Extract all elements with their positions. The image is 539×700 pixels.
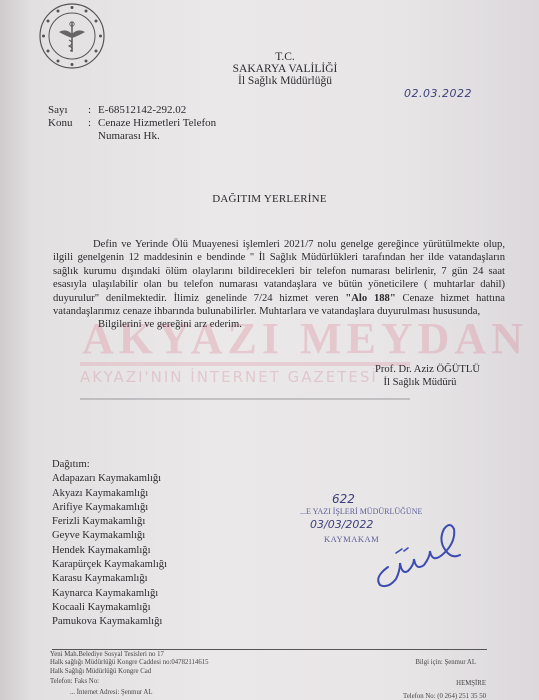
reference-value: E-68512142-292.02: [98, 104, 186, 116]
subject-row: Konu:Cenaze Hizmetleri Telefon: [48, 117, 216, 130]
list-item: Ferizli Kaymakamlığı: [52, 515, 167, 529]
ministry-of-health-seal-icon: [32, 2, 112, 70]
handwritten-date: 02.03.2022: [404, 87, 472, 100]
list-item: Karapürçek Kaymakamlığı: [52, 558, 167, 572]
distribution-list: Dağıtım: Adapazarı Kaymakamlığı Akyazı K…: [52, 458, 167, 630]
signature-block: Prof. Dr. Aziz ÖĞÜTLÜ İl Sağlık Müdürü: [340, 363, 480, 389]
stamp-number: 622: [332, 492, 355, 506]
letter-body: Defin ve Yerinde Ölü Muayenesi işlemleri…: [53, 238, 505, 318]
watermark-divider: [80, 398, 410, 400]
list-item: Adapazarı Kaymakamlığı: [52, 472, 167, 486]
address-line: Yeni Mah.Belediye Sosyal Tesisleri no 17: [50, 651, 209, 659]
footer-address: Yeni Mah.Belediye Sosyal Tesisleri no 17…: [50, 651, 209, 697]
reference-label: Sayı: [48, 104, 88, 117]
list-item: Akyazı Kaymakamlığı: [52, 487, 167, 501]
addressee-title: DAĞITIM YERLERİNE: [0, 193, 539, 205]
footer-divider: [52, 649, 487, 650]
signatory-title: İl Sağlık Müdürü: [340, 376, 480, 389]
list-item: Arifiye Kaymakamlığı: [52, 501, 167, 515]
body-paragraph: Defin ve Yerinde Ölü Muayenesi işlemleri…: [53, 238, 505, 318]
address-line: Telefon: Faks No:: [50, 678, 209, 686]
list-item: Kocaali Kaymakamlığı: [52, 601, 167, 615]
reference-number-row: Sayı:E-68512142-292.02: [48, 104, 186, 117]
address-line: ... İnternet Adresi: Şenmur AL: [50, 689, 209, 697]
handwritten-signature-icon: [366, 515, 466, 590]
separator: :: [88, 104, 98, 117]
signatory-name: Prof. Dr. Aziz ÖĞÜTLÜ: [340, 363, 480, 376]
separator: :: [88, 117, 98, 130]
footer-contact-info: Bilgi için: Şenmur AL: [376, 659, 476, 667]
document-page: T.C. SAKARYA VALİLİĞİ İl Sağlık Müdürlüğ…: [0, 0, 539, 700]
footer-contact-role: HEMŞİRE: [396, 680, 486, 688]
list-item: Pamukova Kaymakamlığı: [52, 615, 167, 629]
subject-label: Konu: [48, 117, 88, 130]
address-line: Halk sağlığı Müdürlüğü Kongre Caddesi no…: [50, 659, 209, 667]
subject-value-line2: Numarası Hk.: [98, 130, 160, 143]
distribution-label: Dağıtım:: [52, 458, 167, 472]
address-line: Halk Sağlığı Müdürlüğü Kongre Cad: [50, 668, 209, 676]
hotline-number: "Alo 188": [345, 293, 395, 304]
footer-contact-phone: Telefon No: (0 264) 251 35 50: [356, 693, 486, 700]
stamp-date: 03/03/2022: [310, 518, 373, 531]
list-item: Karasu Kaymakamlığı: [52, 572, 167, 586]
list-item: Geyve Kaymakamlığı: [52, 529, 167, 543]
list-item: Hendek Kaymakamlığı: [52, 544, 167, 558]
list-item: Kaynarca Kaymakamlığı: [52, 587, 167, 601]
letterhead-directorate: İl Sağlık Müdürlüğü: [190, 75, 380, 88]
closing-line: Bilgilerini ve gereğini arz ederim.: [98, 319, 242, 330]
subject-value-line1: Cenaze Hizmetleri Telefon: [98, 117, 216, 129]
